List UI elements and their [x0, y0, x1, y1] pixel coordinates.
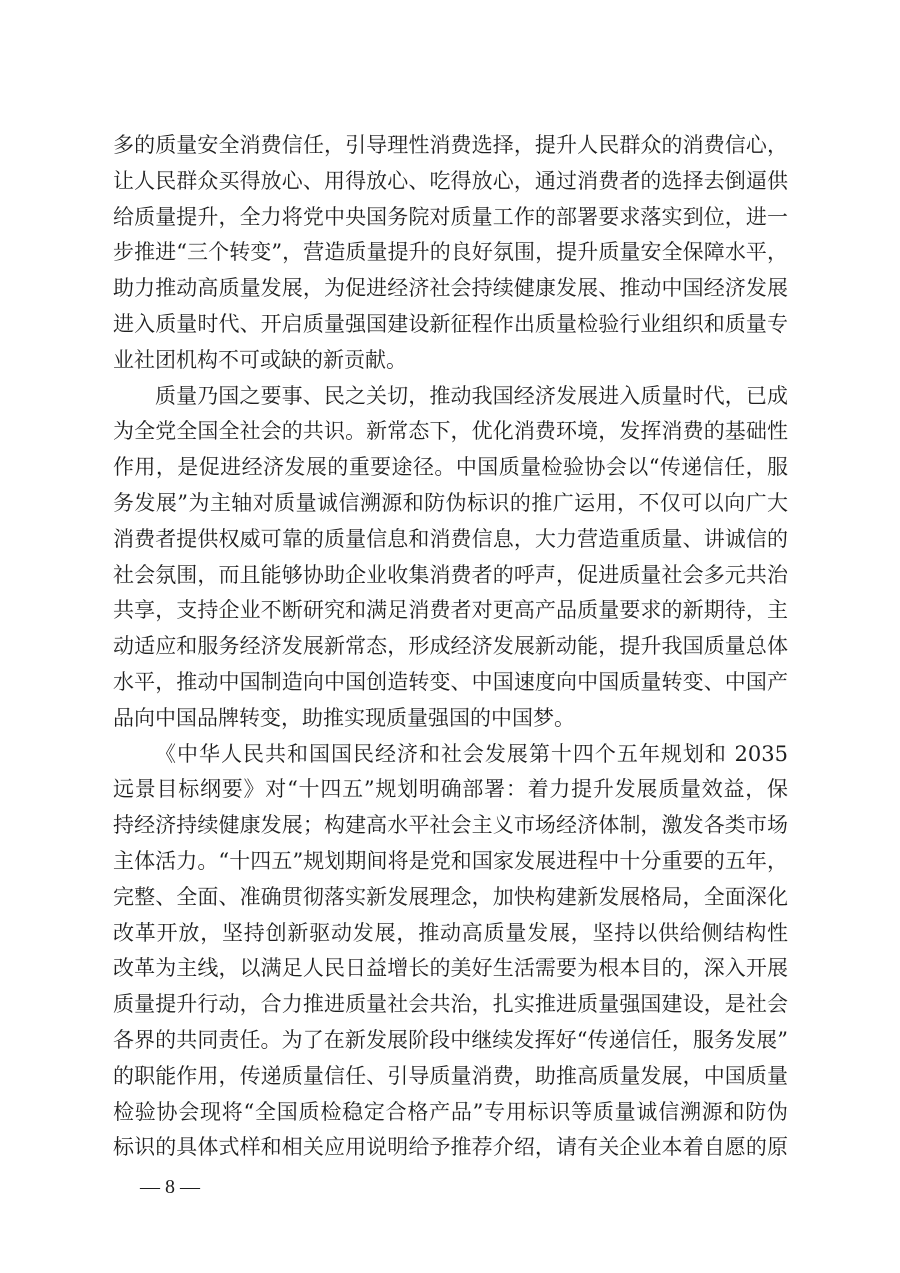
text-line: 进入质量时代、开启质量强国建设新征程作出质量检验行业组织和质量专 [113, 307, 788, 343]
text-line: 共享，支持企业不断研究和满足消费者对更高产品质量要求的新期待，主 [113, 593, 788, 629]
text-line: 各界的共同责任。为了在新发展阶段中继续发挥好“传递信任，服务发展” [113, 1023, 788, 1059]
page-number: — 8 — [140, 1170, 200, 1204]
text-line: 《中华人民共和国国民经济和社会发展第十四个五年规划和 2035 年 [113, 737, 788, 773]
text-line: 步推进“三个转变”，营造质量提升的良好氛围，提升质量安全保障水平， [113, 235, 788, 271]
text-line: 质量乃国之要事、民之关切，推动我国经济发展进入质量时代，已成 [113, 379, 788, 415]
text-line: 远景目标纲要》对“十四五”规划明确部署：着力提升发展质量效益，保 [113, 772, 788, 808]
text-line: 主体活力。“十四五”规划期间将是党和国家发展进程中十分重要的五年， [113, 844, 788, 880]
text-line: 多的质量安全消费信任，引导理性消费选择，提升人民群众的消费信心， [113, 128, 788, 164]
text-line: 给质量提升，全力将党中央国务院对质量工作的部署要求落实到位，进一 [113, 200, 788, 236]
text-line: 检验协会现将“全国质检稳定合格产品”专用标识等质量诚信溯源和防伪 [113, 1095, 788, 1131]
paragraph-2: 质量乃国之要事、民之关切，推动我国经济发展进入质量时代，已成 为全党全国全社会的… [113, 379, 788, 737]
text-line: 质量提升行动，合力推进质量社会共治，扎实推进质量强国建设，是社会 [113, 987, 788, 1023]
text-line: 动适应和服务经济发展新常态，形成经济发展新动能，提升我国质量总体 [113, 629, 788, 665]
text-line: 改革为主线，以满足人民日益增长的美好生活需要为根本目的，深入开展 [113, 951, 788, 987]
text-line: 务发展”为主轴对质量诚信溯源和防伪标识的推广运用，不仅可以向广大 [113, 486, 788, 522]
body-text: 多的质量安全消费信任，引导理性消费选择，提升人民群众的消费信心， 让人民群众买得… [113, 128, 788, 1166]
document-page: 多的质量安全消费信任，引导理性消费选择，提升人民群众的消费信心， 让人民群众买得… [0, 0, 900, 1273]
text-line: 让人民群众买得放心、用得放心、吃得放心，通过消费者的选择去倒逼供 [113, 164, 788, 200]
text-line: 水平，推动中国制造向中国创造转变、中国速度向中国质量转变、中国产 [113, 665, 788, 701]
text-line: 消费者提供权威可靠的质量信息和消费信息，大力营造重质量、讲诚信的 [113, 522, 788, 558]
paragraph-1: 多的质量安全消费信任，引导理性消费选择，提升人民群众的消费信心， 让人民群众买得… [113, 128, 788, 379]
text-line: 的职能作用，传递质量信任、引导质量消费，助推高质量发展，中国质量 [113, 1059, 788, 1095]
text-line: 持经济持续健康发展；构建高水平社会主义市场经济体制，激发各类市场 [113, 808, 788, 844]
text-line: 助力推动高质量发展，为促进经济社会持续健康发展、推动中国经济发展 [113, 271, 788, 307]
text-line: 为全党全国全社会的共识。新常态下，优化消费环境，发挥消费的基础性 [113, 414, 788, 450]
text-line: 完整、全面、准确贯彻落实新发展理念，加快构建新发展格局，全面深化 [113, 880, 788, 916]
text-line: 品向中国品牌转变，助推实现质量强国的中国梦。 [113, 701, 788, 737]
paragraph-3: 《中华人民共和国国民经济和社会发展第十四个五年规划和 2035 年 远景目标纲要… [113, 737, 788, 1167]
text-line: 社会氛围，而且能够协助企业收集消费者的呼声，促进质量社会多元共治 [113, 558, 788, 594]
text-line: 标识的具体式样和相关应用说明给予推荐介绍，请有关企业本着自愿的原 [113, 1130, 788, 1166]
text-line: 作用，是促进经济发展的重要途径。中国质量检验协会以“传递信任，服 [113, 450, 788, 486]
text-line: 改革开放，坚持创新驱动发展，推动高质量发展，坚持以供给侧结构性 [113, 916, 788, 952]
text-line: 业社团机构不可或缺的新贡献。 [113, 343, 788, 379]
